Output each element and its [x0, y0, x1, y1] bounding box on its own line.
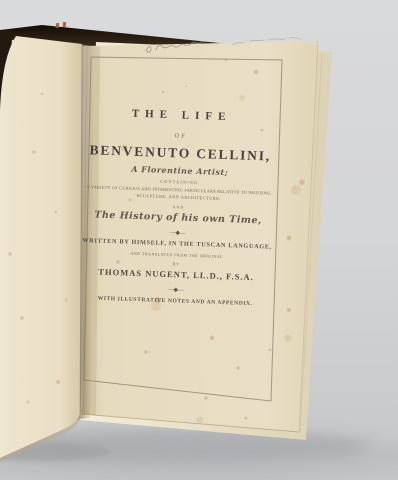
- left-page: [0, 36, 82, 458]
- ornament-rule-icon: —◆—: [75, 284, 275, 297]
- subtitle-blackletter: A Florentine Artist;: [80, 163, 280, 178]
- book-photo: THE LIFE OF BENVENUTO CELLINI, A Florent…: [0, 0, 398, 480]
- written-by-line: WRITTEN BY HIMSELF, IN THE TUSCAN LANGUA…: [77, 238, 277, 251]
- translator-name: THOMAS NUGENT, LL.D., F.S.A.: [76, 267, 276, 282]
- author-name: BENVENUTO CELLINI,: [80, 143, 280, 163]
- book-title: THE LIFE: [81, 107, 281, 125]
- title-page-text: THE LIFE OF BENVENUTO CELLINI, A Florent…: [71, 46, 284, 439]
- book-shadow: [0, 430, 398, 480]
- notes-appendix-line: WITH ILLUSTRATIVE NOTES AND AN APPENDIX.: [75, 296, 275, 308]
- title-of: OF: [81, 130, 281, 143]
- history-title-blackletter: The History of his own Time,: [78, 210, 278, 226]
